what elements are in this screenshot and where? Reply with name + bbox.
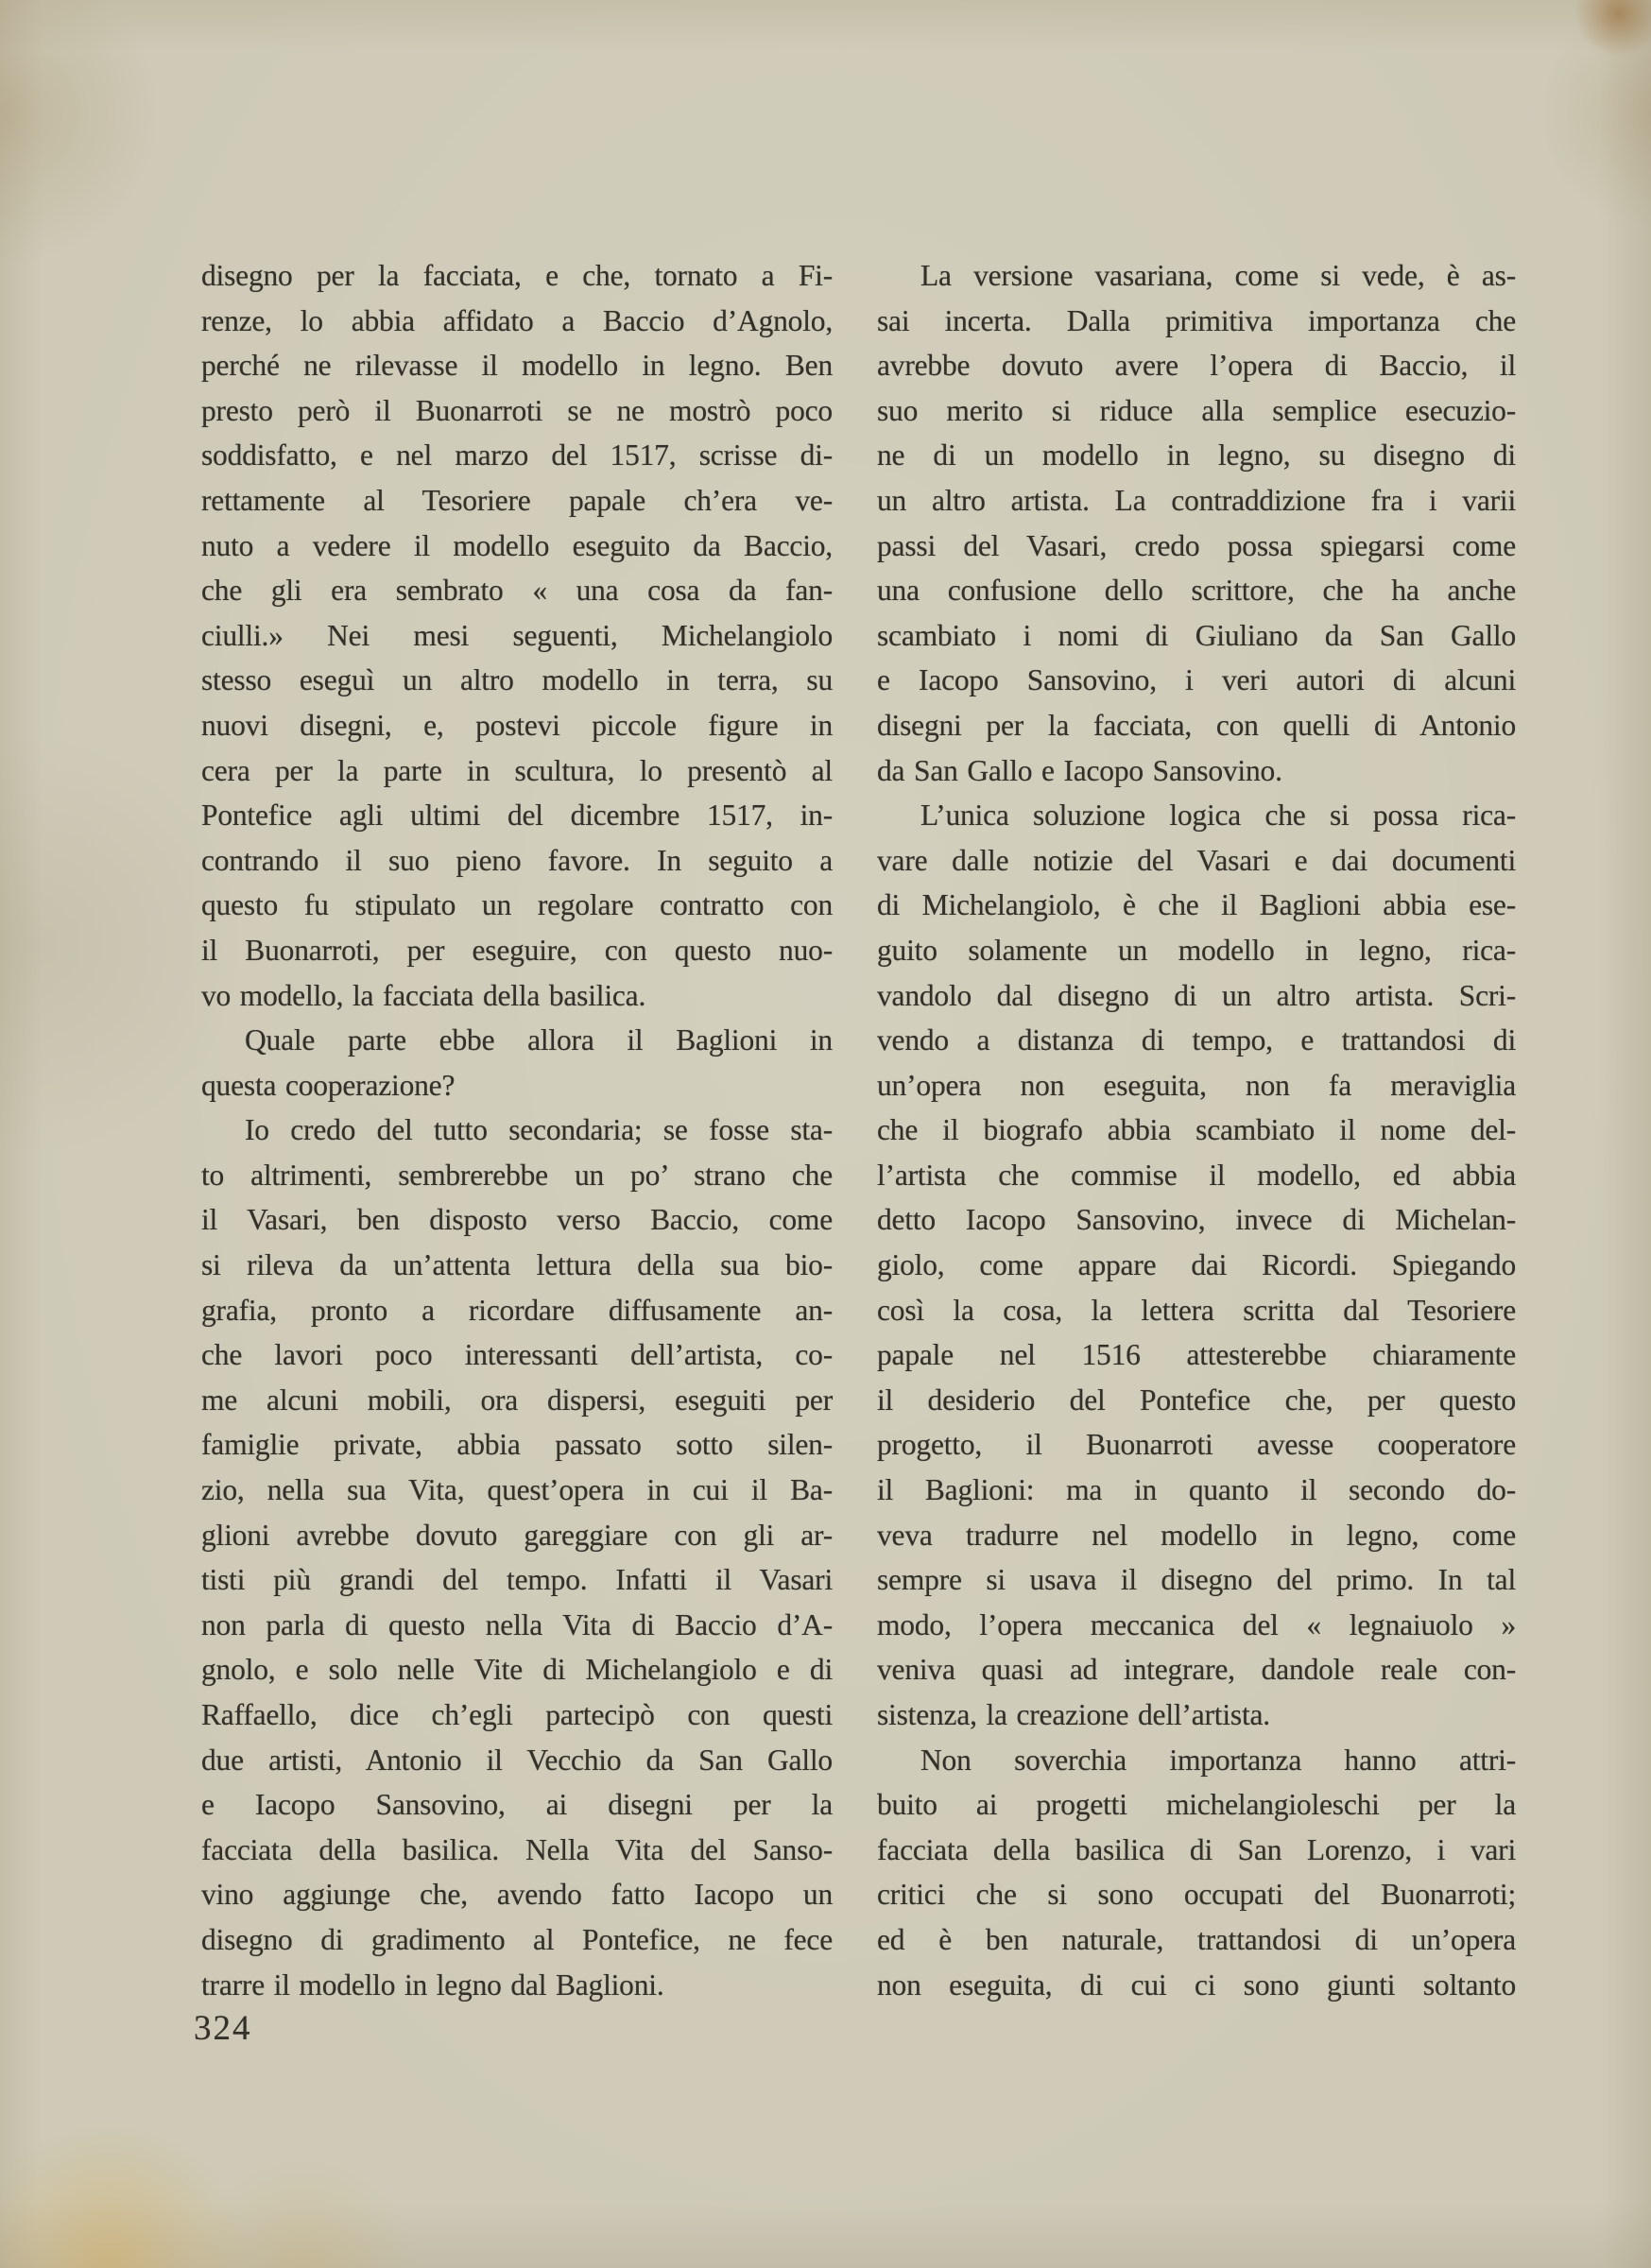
text-line: presto però il Buonarroti se ne mostrò p… bbox=[201, 388, 833, 434]
text-line: sempre si usava il disegno del primo. In… bbox=[877, 1557, 1516, 1603]
text-line: detto Iacopo Sansovino, invece di Michel… bbox=[877, 1197, 1516, 1243]
book-page: disegno per la facciata, e che, tornato … bbox=[0, 0, 1651, 2268]
text-line: stesso eseguì un altro modello in terra,… bbox=[201, 658, 833, 703]
page-number: 324 bbox=[194, 2005, 252, 2053]
text-line: veva tradurre nel modello in legno, come bbox=[877, 1513, 1516, 1558]
text-line: contrando il suo pieno favore. In seguit… bbox=[201, 838, 833, 884]
text-line: sistenza, la creazione dell’artista. bbox=[877, 1692, 1516, 1738]
text-line: Io credo del tutto secondaria; se fosse … bbox=[201, 1108, 833, 1153]
text-line: disegni per la facciata, con quelli di A… bbox=[877, 703, 1516, 748]
text-line: che lavori poco interessanti dell’artist… bbox=[201, 1332, 833, 1378]
text-line: ne di un modello in legno, su disegno di bbox=[877, 433, 1516, 478]
text-line: disegno per la facciata, e che, tornato … bbox=[201, 253, 833, 299]
text-line: vendo a distanza di tempo, e trattandosi… bbox=[877, 1018, 1516, 1063]
text-line: famiglie private, abbia passato sotto si… bbox=[201, 1422, 833, 1468]
text-line: disegno di gradimento al Pontefice, ne f… bbox=[201, 1917, 833, 1963]
text-line: Raffaello, dice ch’egli partecipò con qu… bbox=[201, 1692, 833, 1738]
text-line: si rileva da un’attenta lettura della su… bbox=[201, 1243, 833, 1288]
text-line: trarre il modello in legno dal Baglioni. bbox=[201, 1963, 833, 2008]
text-line: grafia, pronto a ricordare diffusamente … bbox=[201, 1288, 833, 1333]
text-line: giolo, come appare dai Ricordi. Spiegand… bbox=[877, 1243, 1516, 1288]
text-line: suo merito si riduce alla semplice esecu… bbox=[877, 388, 1516, 434]
text-line: critici che si sono occupati del Buonarr… bbox=[877, 1872, 1516, 1917]
text-line: papale nel 1516 attesterebbe chiaramente bbox=[877, 1332, 1516, 1378]
text-line: facciata della basilica di San Lorenzo, … bbox=[877, 1828, 1516, 1873]
text-line: vandolo dal disegno di un altro artista.… bbox=[877, 973, 1516, 1019]
text-line: me alcuni mobili, ora dispersi, eseguiti… bbox=[201, 1378, 833, 1423]
text-line: renze, lo abbia affidato a Baccio d’Agno… bbox=[201, 299, 833, 344]
text-line: e Iacopo Sansovino, i veri autori di alc… bbox=[877, 658, 1516, 703]
text-line: soddisfatto, e nel marzo del 1517, scris… bbox=[201, 433, 833, 478]
text-line: L’unica soluzione logica che si possa ri… bbox=[877, 793, 1516, 838]
text-line: il Buonarroti, per eseguire, con questo … bbox=[201, 928, 833, 973]
text-line: guito solamente un modello in legno, ric… bbox=[877, 928, 1516, 973]
text-line: tisti più grandi del tempo. Infatti il V… bbox=[201, 1557, 833, 1603]
text-line: da San Gallo e Iacopo Sansovino. bbox=[877, 748, 1516, 794]
text-line: e Iacopo Sansovino, ai disegni per la bbox=[201, 1782, 833, 1828]
text-line: il desiderio del Pontefice che, per ques… bbox=[877, 1378, 1516, 1423]
text-line: cera per la parte in scultura, lo presen… bbox=[201, 748, 833, 794]
text-line: vare dalle notizie del Vasari e dai docu… bbox=[877, 838, 1516, 884]
text-line: avrebbe dovuto avere l’opera di Baccio, … bbox=[877, 343, 1516, 388]
text-line: l’artista che commise il modello, ed abb… bbox=[877, 1153, 1516, 1198]
text-line: nuto a vedere il modello eseguito da Bac… bbox=[201, 524, 833, 569]
text-line: modo, l’opera meccanica del « legnaiuolo… bbox=[877, 1603, 1516, 1648]
text-line: buito ai progetti michelangioleschi per … bbox=[877, 1782, 1516, 1828]
text-line: questo fu stipulato un regolare contratt… bbox=[201, 883, 833, 928]
text-line: nuovi disegni, e, postevi piccole figure… bbox=[201, 703, 833, 748]
text-line: Quale parte ebbe allora il Baglioni in bbox=[201, 1018, 833, 1063]
text-line: vo modello, la facciata della basilica. bbox=[201, 973, 833, 1019]
text-line: to altrimenti, sembrerebbe un po’ strano… bbox=[201, 1153, 833, 1198]
text-line: passi del Vasari, credo possa spiegarsi … bbox=[877, 524, 1516, 569]
text-column-left: disegno per la facciata, e che, tornato … bbox=[201, 253, 833, 2007]
text-line: di Michelangiolo, è che il Baglioni abbi… bbox=[877, 883, 1516, 928]
text-column-right: La versione vasariana, come si vede, è a… bbox=[877, 253, 1516, 2007]
text-line: che il biografo abbia scambiato il nome … bbox=[877, 1108, 1516, 1153]
text-line: questa cooperazione? bbox=[201, 1063, 833, 1108]
text-line: una confusione dello scrittore, che ha a… bbox=[877, 568, 1516, 613]
text-line: gnolo, e solo nelle Vite di Michelangiol… bbox=[201, 1647, 833, 1692]
text-line: Non soverchia importanza hanno attri- bbox=[877, 1738, 1516, 1783]
text-line: sai incerta. Dalla primitiva importanza … bbox=[877, 299, 1516, 344]
text-line: un’opera non eseguita, non fa meraviglia bbox=[877, 1063, 1516, 1108]
text-line: il Baglioni: ma in quanto il secondo do- bbox=[877, 1468, 1516, 1513]
text-line: ciulli.» Nei mesi seguenti, Michelangiol… bbox=[201, 613, 833, 659]
text-line: glioni avrebbe dovuto gareggiare con gli… bbox=[201, 1513, 833, 1558]
text-line: non eseguita, di cui ci sono giunti solt… bbox=[877, 1963, 1516, 2008]
text-line: La versione vasariana, come si vede, è a… bbox=[877, 253, 1516, 299]
text-line: vino aggiunge che, avendo fatto Iacopo u… bbox=[201, 1872, 833, 1917]
text-line: progetto, il Buonarroti avesse cooperato… bbox=[877, 1422, 1516, 1468]
text-line: rettamente al Tesoriere papale ch’era ve… bbox=[201, 478, 833, 524]
text-line: zio, nella sua Vita, quest’opera in cui … bbox=[201, 1468, 833, 1513]
text-line: ed è ben naturale, trattandosi di un’ope… bbox=[877, 1917, 1516, 1963]
text-line: due artisti, Antonio il Vecchio da San G… bbox=[201, 1738, 833, 1783]
text-line: che gli era sembrato « una cosa da fan- bbox=[201, 568, 833, 613]
text-line: il Vasari, ben disposto verso Baccio, co… bbox=[201, 1197, 833, 1243]
text-line: veniva quasi ad integrare, dandole reale… bbox=[877, 1647, 1516, 1692]
text-line: perché ne rilevasse il modello in legno.… bbox=[201, 343, 833, 388]
text-line: facciata della basilica. Nella Vita del … bbox=[201, 1828, 833, 1873]
text-line: non parla di questo nella Vita di Baccio… bbox=[201, 1603, 833, 1648]
text-line: scambiato i nomi di Giuliano da San Gall… bbox=[877, 613, 1516, 659]
text-line: così la cosa, la lettera scritta dal Tes… bbox=[877, 1288, 1516, 1333]
text-line: un altro artista. La contraddizione fra … bbox=[877, 478, 1516, 524]
text-line: Pontefice agli ultimi del dicembre 1517,… bbox=[201, 793, 833, 838]
